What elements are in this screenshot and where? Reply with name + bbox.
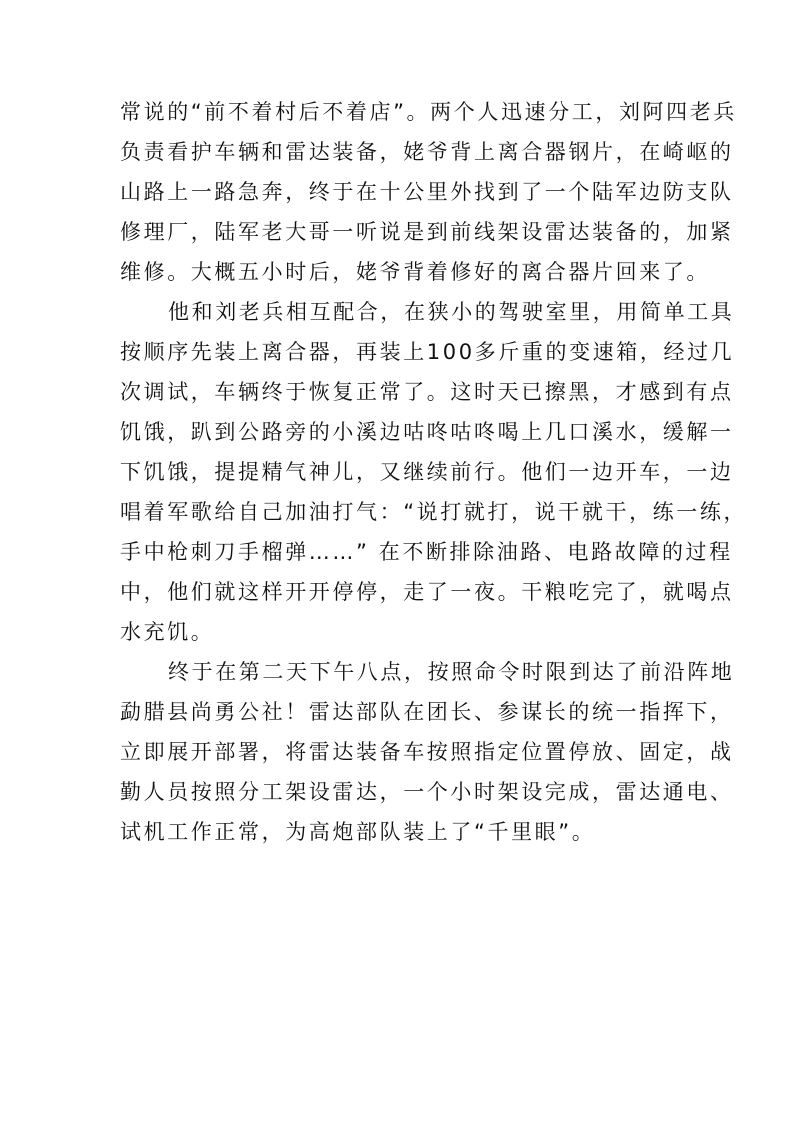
text-line: 唱着军歌给自己加油打气：“说打就打，说干就干，练一练， [120,492,680,532]
document-body: 常说的“前不着村后不着店”。两个人迅速分工，刘阿四老兵 负责看护车辆和雷达装备，… [120,92,680,852]
text-line: 常说的“前不着村后不着店”。两个人迅速分工，刘阿四老兵 [120,92,680,132]
text-line: 终于在第二天下午八点，按照命令时限到达了前沿阵地 [120,652,680,692]
document-page: 常说的“前不着村后不着店”。两个人迅速分工，刘阿四老兵 负责看护车辆和雷达装备，… [0,0,794,1123]
text-line: 立即展开部署，将雷达装备车按照指定位置停放、固定，战 [120,732,680,772]
text-line: 维修。大概五小时后，姥爷背着修好的离合器片回来了。 [120,252,680,292]
text-line: 勐腊县尚勇公社！雷达部队在团长、参谋长的统一指挥下， [120,692,680,732]
text-line: 次调试，车辆终于恢复正常了。这时天已擦黑，才感到有点 [120,372,680,412]
text-line: 他和刘老兵相互配合，在狭小的驾驶室里，用简单工具 [120,292,680,332]
text-line: 水充饥。 [120,612,680,652]
text-line: 按顺序先装上离合器，再装上100多斤重的变速箱，经过几 [120,332,680,372]
text-line: 手中枪刺刀手榴弹……” 在不断排除油路、电路故障的过程 [120,532,680,572]
paragraph: 终于在第二天下午八点，按照命令时限到达了前沿阵地 勐腊县尚勇公社！雷达部队在团长… [120,652,680,852]
text-line: 下饥饿，提提精气神儿，又继续前行。他们一边开车，一边 [120,452,680,492]
text-line: 山路上一路急奔，终于在十公里外找到了一个陆军边防支队 [120,172,680,212]
paragraph: 他和刘老兵相互配合，在狭小的驾驶室里，用简单工具 按顺序先装上离合器，再装上10… [120,292,680,652]
text-line: 饥饿，趴到公路旁的小溪边咕咚咕咚喝上几口溪水，缓解一 [120,412,680,452]
paragraph: 常说的“前不着村后不着店”。两个人迅速分工，刘阿四老兵 负责看护车辆和雷达装备，… [120,92,680,292]
text-line: 修理厂，陆军老大哥一听说是到前线架设雷达装备的，加紧 [120,212,680,252]
text-line: 勤人员按照分工架设雷达，一个小时架设完成，雷达通电、 [120,772,680,812]
text-line: 负责看护车辆和雷达装备，姥爷背上离合器钢片，在崎岖的 [120,132,680,172]
text-line: 中，他们就这样开开停停，走了一夜。干粮吃完了，就喝点 [120,572,680,612]
text-line: 试机工作正常，为高炮部队装上了“千里眼”。 [120,812,680,852]
